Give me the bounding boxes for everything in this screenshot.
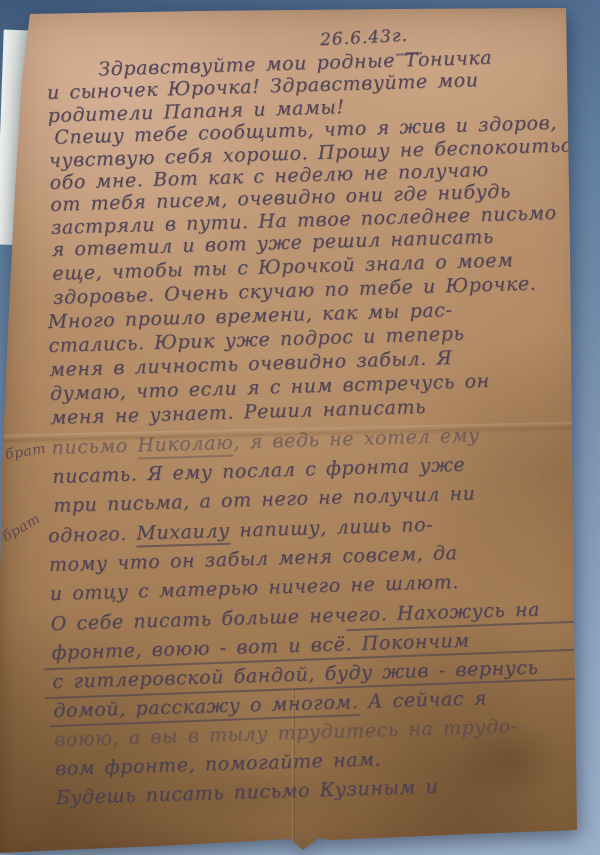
margin-note-brat-2: брат (0, 511, 43, 545)
underlined-word: Николаю (137, 431, 234, 459)
letter-date: 26.6.43г. (320, 26, 409, 51)
margin-note-brat-1: брат (4, 441, 47, 463)
letter-text: напишу, лишь по- (229, 513, 433, 541)
letter-photo: 26.6.43г. брат брат Здравствуйте мои род… (0, 0, 600, 855)
paper-shadow: 26.6.43г. брат брат Здравствуйте мои род… (0, 0, 600, 855)
letter-text: письмо (51, 434, 138, 459)
letter-lines: Здравствуйте мои родные Тоничкаи сыночек… (46, 44, 593, 815)
letter-text: одного. (48, 522, 137, 547)
underlined-word: Михаилу (136, 519, 230, 547)
letter-paper: 26.6.43г. брат брат Здравствуйте мои род… (0, 0, 600, 855)
